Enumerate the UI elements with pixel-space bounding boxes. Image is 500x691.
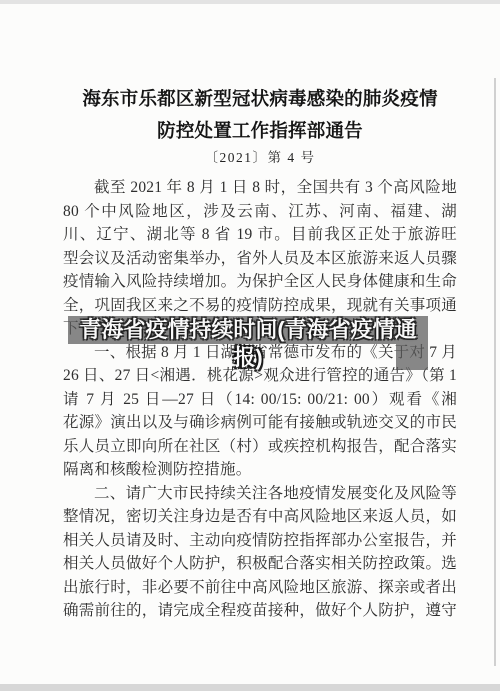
document-title-line1: 海东市乐都区新型冠状病毒感染的肺炎疫情 xyxy=(63,84,457,116)
bottom-border-bar xyxy=(0,684,500,691)
caption-line1: 青海省疫情持续时间(青海省疫情通 xyxy=(68,316,428,344)
body-lines: 截至 2021 年 8 月 1 日 8 时，全国共有 3 个高风险地区，80 个… xyxy=(63,176,457,623)
body-line: 出旅行时，非必要不前往中高风险地区旅游、探亲或者出差， xyxy=(63,576,457,600)
body-line: 整情况，密切关注身边是否有中高风险地区来返人员，如发现 xyxy=(63,505,457,529)
body-line: 疫情输入风险持续增加。为保护全区人民身体健康和生命安 xyxy=(63,270,457,294)
document-page: 海东市乐都区新型冠状病毒感染的肺炎疫情 防控处置工作指挥部通告 〔2021〕第 … xyxy=(63,0,457,623)
article-photo: 海东市乐都区新型冠状病毒感染的肺炎疫情 防控处置工作指挥部通告 〔2021〕第 … xyxy=(0,0,500,691)
caption-line2: 报) xyxy=(68,344,428,371)
body-line: 全，巩固我区来之不易的疫情防控成果，现就有关事项通告如 xyxy=(63,294,457,318)
body-line: 花源》演出以及与确诊病例可能有接触或轨迹交叉的市民和来 xyxy=(63,411,457,435)
body-line: 请 7 月 25 日—27 日（14: 00/15: 00/21: 00）观看《… xyxy=(63,388,457,412)
body-line: 80 个中风险地区，涉及云南、江苏、河南、福建、湖南、四 xyxy=(63,200,457,224)
body-line: 截至 2021 年 8 月 1 日 8 时，全国共有 3 个高风险地区， xyxy=(63,176,457,200)
body-line: 川、辽宁、湖北等 8 省 19 市。目前我区正处于旅游旺季，大 xyxy=(63,223,457,247)
body-line: 隔离和核酸检测防控措施。 xyxy=(63,458,457,482)
body-line: 确需前往的，请完成全程疫苗接种，做好个人防护，遵守当地 xyxy=(63,599,457,623)
body-line: 型会议及活动密集举办，省外人员及本区旅游来返人员骤增， xyxy=(63,247,457,271)
body-line: 相关人员请及时、主动向疫情防控指挥部办公室报告，并劝导 xyxy=(63,529,457,553)
right-edge-line xyxy=(494,78,496,666)
body-line: 二、请广大市民持续关注各地疫情发展变化及风险等级调 xyxy=(63,482,457,506)
caption-overlay: 青海省疫情持续时间(青海省疫情通 报) xyxy=(68,316,428,371)
body-line: 乐人员立即向所在社区（村）或疾控机构报告，配合落实集中 xyxy=(63,435,457,459)
document-number: 〔2021〕第 4 号 xyxy=(63,148,457,168)
body-line: 相关人员做好个人防护，积极配合落实相关防控政策。选择外 xyxy=(63,552,457,576)
document-title-line2: 防控处置工作指挥部通告 xyxy=(63,116,457,148)
